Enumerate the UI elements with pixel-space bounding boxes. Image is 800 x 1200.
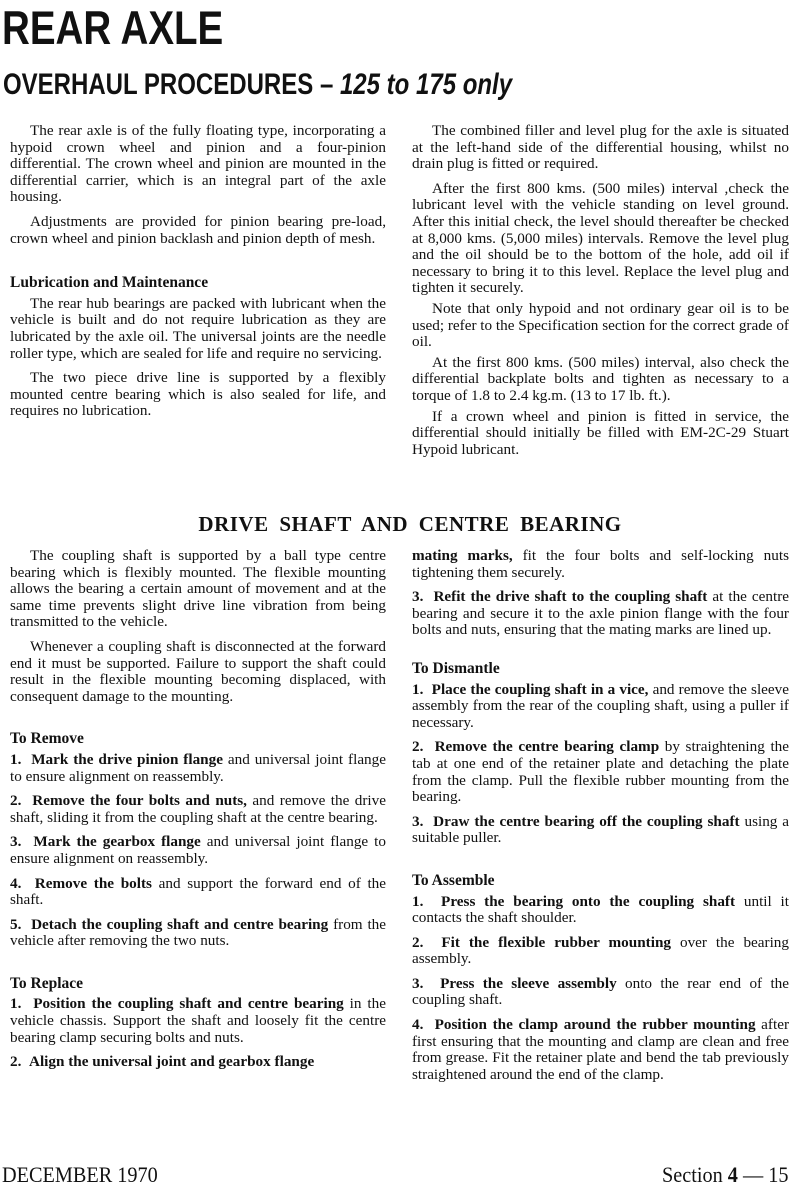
lubrication-paragraph: The two piece drive line is supported by… [10, 370, 386, 420]
page-number: 15 [768, 1162, 788, 1187]
subtitle-dash: – [313, 68, 340, 101]
replace-step: 1. Position the coupling shaft and centr… [10, 996, 386, 1046]
footer-page-reference: Section 4 — 15 [662, 1162, 789, 1188]
drive-shaft-right-column: mating marks, fit the four bolts and sel… [412, 548, 789, 1091]
section-label: Section [662, 1162, 728, 1187]
remove-step: 5. Detach the coupling shaft and centre … [10, 917, 386, 950]
to-remove-heading: To Remove [10, 731, 386, 748]
intro-paragraph: Adjustments are provided for pinion bear… [10, 214, 386, 247]
replace-step: 3. Refit the drive shaft to the coupling… [412, 589, 789, 639]
intro-paragraph: Note that only hypoid and not ordinary g… [412, 301, 789, 351]
remove-step: 4. Remove the bolts and support the forw… [10, 876, 386, 909]
replace-step: 2. Align the universal joint and gearbox… [10, 1054, 386, 1071]
replace-step-continued: mating marks, fit the four bolts and sel… [412, 548, 789, 581]
dismantle-step: 1. Place the coupling shaft in a vice, a… [412, 682, 789, 732]
intro-paragraph: If a crown wheel and pinion is fitted in… [412, 409, 789, 459]
footer-date: DECEMBER 1970 [2, 1162, 158, 1188]
to-assemble-heading: To Assemble [412, 873, 789, 890]
assemble-step: 3. Press the sleeve assembly onto the re… [412, 976, 789, 1009]
remove-step: 3. Mark the gearbox flange and universal… [10, 834, 386, 867]
intro-paragraph: The rear axle is of the fully floating t… [10, 123, 386, 206]
intro-paragraph: At the first 800 kms. (500 miles) interv… [412, 355, 789, 405]
remove-step: 2. Remove the four bolts and nuts, and r… [10, 793, 386, 826]
intro-right-column: The combined filler and level plug for t… [412, 123, 789, 466]
dismantle-step: 2. Remove the centre bearing clamp by st… [412, 739, 789, 805]
remove-step: 1. Mark the drive pinion flange and univ… [10, 752, 386, 785]
intro-paragraph: After the first 800 kms. (500 miles) int… [412, 181, 789, 297]
section-heading: DRIVE SHAFT AND CENTRE BEARING [0, 512, 800, 537]
page-separator: — [737, 1162, 767, 1187]
drive-shaft-paragraph: The coupling shaft is supported by a bal… [10, 548, 386, 631]
to-replace-heading: To Replace [10, 976, 386, 993]
to-dismantle-heading: To Dismantle [412, 661, 789, 678]
subtitle-models: 125 to 175 only [340, 68, 512, 101]
intro-paragraph: The combined filler and level plug for t… [412, 123, 789, 173]
subtitle-main: OVERHAUL PROCEDURES [3, 68, 313, 101]
lubrication-paragraph: The rear hub bearings are packed with lu… [10, 296, 386, 362]
section-number: 4 [727, 1162, 737, 1187]
intro-left-column: The rear axle is of the fully floating t… [10, 123, 386, 428]
lubrication-heading: Lubrication and Maintenance [10, 275, 386, 292]
dismantle-step: 3. Draw the centre bearing off the coupl… [412, 814, 789, 847]
page-title: REAR AXLE [2, 4, 223, 51]
drive-shaft-left-column: The coupling shaft is supported by a bal… [10, 548, 386, 1079]
page-subtitle: OVERHAUL PROCEDURES – 125 to 175 only [3, 70, 512, 100]
assemble-step: 2. Fit the flexible rubber mounting over… [412, 935, 789, 968]
assemble-step: 1. Press the bearing onto the coupling s… [412, 894, 789, 927]
assemble-step: 4. Position the clamp around the rubber … [412, 1017, 789, 1083]
drive-shaft-paragraph: Whenever a coupling shaft is disconnecte… [10, 639, 386, 705]
